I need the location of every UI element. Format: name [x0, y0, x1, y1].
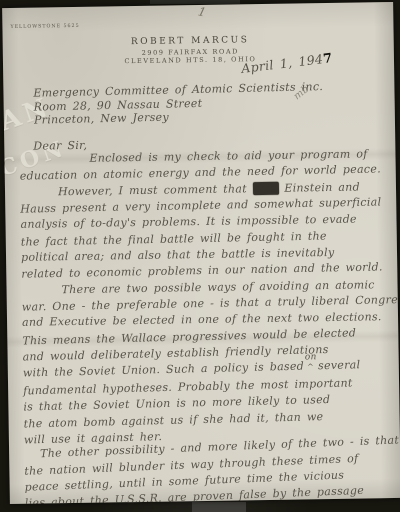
- letter-paper: AN CON YELLOWSTONE 5625 ROBERT MARCUS 29…: [2, 2, 400, 504]
- scanner-artifact-bottom: [192, 502, 246, 512]
- scanned-letter-page: AN CON YELLOWSTONE 5625 ROBERT MARCUS 29…: [0, 0, 400, 512]
- scanner-artifact-top: [150, 0, 240, 4]
- crossed-out-word: this: [253, 181, 279, 194]
- overwritten-digit: 7: [322, 51, 332, 67]
- letter-body: Enclosed is my check to aid your program…: [19, 146, 399, 504]
- line-text: several: [318, 359, 361, 373]
- page-number-mark: 1: [197, 4, 208, 19]
- letterhead-phone: YELLOWSTONE 5625: [10, 23, 79, 30]
- line-text: Einstein and: [278, 180, 360, 194]
- recipient-address-block: Emergency Committee of Atomic Scientists…: [33, 80, 324, 127]
- insertion-text: on: [305, 350, 317, 367]
- inserted-word: on^: [307, 359, 315, 377]
- line-text: However, I must comment that: [58, 182, 253, 198]
